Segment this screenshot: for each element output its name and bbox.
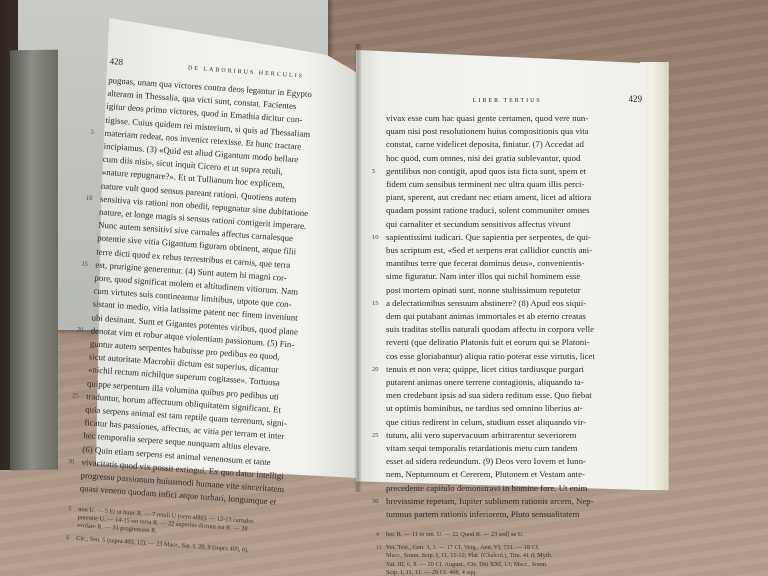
text-line: mantibus terre que fecerat dominus deus»… — [386, 257, 642, 270]
text-line: 15a delectationibus sensuum abstinere? (… — [386, 297, 642, 310]
text-line: tumnus partem rationis inferiorem, Pluto… — [386, 508, 642, 521]
line-text: post mortem opinati sunt, nonne stultiss… — [386, 285, 581, 295]
text-line: qui carnaliter et secundum sensitivos af… — [386, 218, 642, 231]
note-line: 4hoc R. — 11 et om. U. — 22 Quod R. — 23… — [386, 531, 642, 539]
line-number: 4 — [376, 531, 379, 539]
open-book: 428 DE LABORIBUS HERCULIS pugnas, unam q… — [0, 0, 768, 576]
text-line: cos esse gloriabantur) aliqua ratio pote… — [386, 350, 642, 363]
text-line: fidem cum sensibus terminent nec ultra q… — [386, 178, 642, 191]
text-line: quadam possint ratione traduci, solent c… — [386, 204, 642, 217]
line-text: gentilibus non contigit, apud quos ista … — [386, 166, 586, 176]
line-text: Vat. III, 6, 8. — 20 Cf. August., Civ. D… — [386, 561, 548, 568]
line-text: precedente capitulo demonstravi in homin… — [386, 483, 587, 493]
line-text: fidem cum sensibus terminent nec ultra q… — [386, 179, 584, 189]
line-text: hoc R. — 11 et om. U. — 22 Quod R. — 23 … — [386, 531, 524, 538]
line-text: tenuis et non vera; quippe, licet citius… — [386, 364, 584, 374]
line-text: quam nisi post resolutionem huius compos… — [386, 126, 589, 136]
line-text: sapientissimi iudicari. Que sapientia pe… — [386, 232, 591, 242]
line-text: a delectationibus sensuum abstinere? (8)… — [386, 298, 586, 308]
line-number: 30 — [372, 495, 379, 508]
line-text: mantibus terre que fecerat dominus deus»… — [386, 258, 585, 268]
running-head: LIBER TERTIUS 429 — [386, 94, 642, 104]
running-head-title: LIBER TERTIUS — [473, 98, 542, 104]
text-line: men credebant ipsis ad sua sidera reditu… — [386, 389, 642, 402]
text-line: suis traditas stellis naturali quodam af… — [386, 323, 642, 336]
text-line: hoc quod, cum omnes, nisi dei gratia sub… — [386, 152, 642, 165]
line-text: Scip. I, 11, 11. — 29 Cf. 408, 4 sqq. — [386, 569, 477, 576]
text-line: precedente capitulo demonstravi in homin… — [386, 482, 642, 495]
line-text: dem qui putabant animas immortales et ab… — [386, 311, 586, 321]
text-line: que citius redirent in celum, studium es… — [386, 416, 642, 429]
line-number: 25 — [72, 389, 79, 403]
text-line: putarent animas onere terrene contagioni… — [386, 376, 642, 389]
page-number: 429 — [629, 94, 643, 104]
text-line: 20tenuis et non vera; quippe, licet citi… — [386, 363, 642, 376]
line-text: suis traditas stellis naturali quodam af… — [386, 324, 594, 334]
apparatus-notes: 5non U. — 5 Et ut hunc R. — 7 retuli U (… — [76, 505, 338, 561]
text-line: sime figuratur. Nam inter illos qui nich… — [386, 270, 642, 283]
text-line: ut optimis hominibus, ne tardius sed omn… — [386, 402, 642, 415]
line-number: 5 — [68, 505, 72, 514]
line-text: vitam sequi temporalis retardationis met… — [386, 443, 578, 453]
line-number: 30 — [67, 455, 74, 469]
line-text: piant, sperent, aut credant nec etiam am… — [386, 192, 591, 202]
text-line: vivax esse cum hac quasi gente certamen,… — [386, 112, 642, 125]
body-text: pugnas, unam qua victores contra deos le… — [79, 74, 368, 514]
apparatus-notes: 4hoc R. — 11 et om. U. — 22 Quod R. — 23… — [386, 531, 642, 576]
line-text: men credebant ipsis ad sua sidera reditu… — [386, 390, 592, 400]
line-number: 6 — [66, 534, 70, 543]
text-line: constat, carne videlicet deposita, finia… — [386, 138, 642, 151]
line-text: quadam possint ratione traduci, solent c… — [386, 205, 590, 215]
line-text: nem, Neptumnum et Cererem, Plutonem et V… — [386, 469, 585, 479]
text-line: nem, Neptumnum et Cererem, Plutonem et V… — [386, 468, 642, 481]
text-line: reverti (que deliratio Platonis fuit et … — [386, 336, 642, 349]
body-text: vivax esse cum hac quasi gente certamen,… — [386, 112, 642, 521]
line-text: Vet. Test., Gen. 3, 1. — 17 Cf. Verg., A… — [386, 544, 540, 551]
text-line: dem qui putabant animas immortales et ab… — [386, 310, 642, 323]
text-line: 5gentilibus non contigit, apud quos ista… — [386, 165, 642, 178]
line-number: 10 — [86, 192, 93, 206]
line-number: 15 — [81, 257, 88, 271]
line-text: esset ad sidera redeundum. (9) Deos vero… — [386, 456, 586, 466]
text-line: vitam sequi temporalis retardationis met… — [386, 442, 642, 455]
line-text: constat, carne videlicet deposita, finia… — [386, 139, 584, 149]
text-line: 30brevissime repetam, Iupiter sublimem r… — [386, 495, 642, 508]
text-line: esset ad sidera redeundum. (9) Deos vero… — [386, 455, 642, 468]
line-text: bus scriptum est, «Sed et serpens erat c… — [386, 245, 592, 255]
line-text: sime figuratur. Nam inter illos qui nich… — [386, 271, 580, 281]
text-line: 25tutum, alii vero supervacuum arbitrare… — [386, 429, 642, 442]
right-page-text: LIBER TERTIUS 429 vivax esse cum hac qua… — [386, 94, 642, 576]
line-text: que citius redirent in celum, studium es… — [386, 417, 586, 427]
note-line: Scip. I, 11, 11. — 29 Cf. 408, 4 sqq. — [386, 569, 642, 576]
text-line: 10sapientissimi iudicari. Que sapientia … — [386, 231, 642, 244]
running-head-title: DE LABORIBUS HERCULIS — [188, 65, 304, 79]
line-text: qui carnaliter et secundum sensitivos af… — [386, 219, 571, 229]
line-number: 5 — [90, 126, 94, 139]
line-number: 5 — [372, 165, 375, 178]
line-text: brevissime repetam, Iupiter sublimem rat… — [386, 496, 594, 506]
line-text: reverti (que deliratio Platonis fuit et … — [386, 337, 590, 347]
line-number: 20 — [76, 323, 83, 337]
note-line: Vat. III, 6, 8. — 20 Cf. August., Civ. D… — [386, 561, 642, 569]
line-number: 15 — [372, 297, 379, 310]
photo-scene: DE LABORIBUS HERCULIS 428 DE LABORIBUS H… — [0, 0, 768, 576]
line-number: 10 — [372, 231, 379, 244]
note-line: 11Vet. Test., Gen. 3, 1. — 17 Cf. Verg.,… — [386, 544, 642, 552]
text-line: post mortem opinati sunt, nonne stultiss… — [386, 284, 642, 297]
line-text: tumnus partem rationis inferiorem, Pluto… — [386, 509, 580, 519]
line-number: 25 — [372, 429, 379, 442]
text-line: quam nisi post resolutionem huius compos… — [386, 125, 642, 138]
note-line: Macr., Somn. Scip. I, 11, 11-12; Plat. (… — [386, 552, 642, 560]
line-number: 11 — [376, 544, 382, 552]
text-line: bus scriptum est, «Sed et serpens erat c… — [386, 244, 642, 257]
line-text: hoc quod, cum omnes, nisi dei gratia sub… — [386, 153, 580, 163]
line-text: cos esse gloriabantur) aliqua ratio pote… — [386, 351, 595, 361]
line-text: vivax esse cum hac quasi gente certamen,… — [386, 113, 588, 123]
line-text: Macr., Somn. Scip. I, 11, 11-12; Plat. (… — [386, 552, 552, 559]
line-text: putarent animas onere terrene contagioni… — [386, 377, 584, 387]
line-number: 20 — [372, 363, 379, 376]
page-number: 428 — [109, 56, 123, 67]
left-page-text: 428 DE LABORIBUS HERCULIS pugnas, unam q… — [76, 56, 369, 561]
line-text: ut optimis hominibus, ne tardius sed omn… — [386, 403, 583, 413]
text-line: piant, sperent, aut credant nec etiam am… — [386, 191, 642, 204]
line-text: tutum, alii vero supervacuum arbitrarent… — [386, 430, 577, 440]
